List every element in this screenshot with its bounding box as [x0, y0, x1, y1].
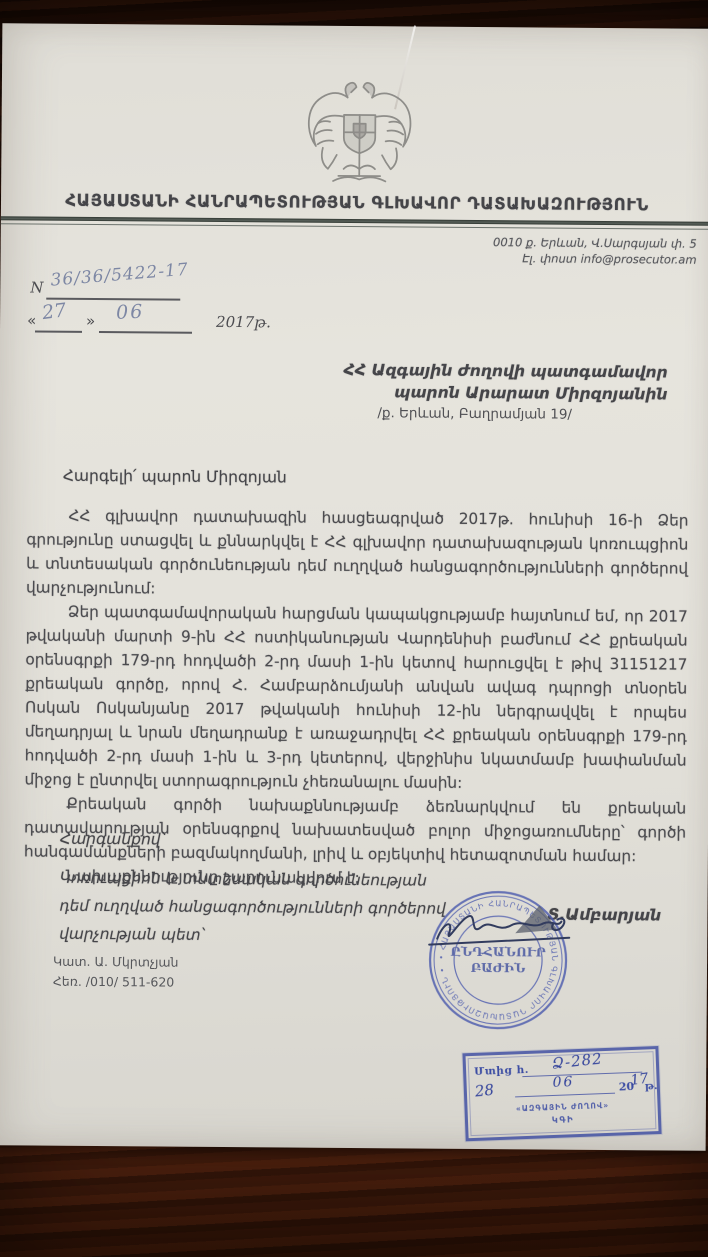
addressee-address: /ք. Երևան, Բաղրամյան 19/: [331, 403, 667, 426]
signer-title-block: Կոռուպցիոն և տնտեսական գործունեության դե…: [59, 864, 446, 951]
date-month-handwritten: 06: [116, 301, 145, 324]
signature-scribble: [419, 893, 600, 964]
signer-title-line-1: Կոռուպցիոն և տնտեսական գործունեության: [60, 864, 447, 895]
reference-number-label: N: [30, 278, 43, 296]
entry-month-handwritten: 06: [552, 1074, 574, 1091]
date-quote-close: »: [86, 312, 95, 330]
date-day-handwritten: 27: [41, 299, 68, 324]
letterhead-address: 0010 ք. Երևան, Վ.Սարգսյան փ. 5 Էլ. փոստ …: [493, 234, 697, 268]
paragraph-1: ՀՀ գլխավոր դատախազին հասցեագրված 2017թ. …: [26, 503, 689, 604]
executor-phone: Հեռ. /010/ 511-620: [53, 972, 179, 993]
entry-year-suffix: թ.: [645, 1081, 658, 1092]
addressee-title: ՀՀ Ազգային ժողովի պատգամավոր: [332, 359, 668, 384]
date-year: 2017թ.: [216, 313, 271, 331]
date-month-line: [99, 311, 192, 334]
signer-title-line-3: վարչության պետ՝: [59, 920, 446, 951]
address-line-2: Էլ. փոստ info@prosecutor.am: [493, 250, 697, 268]
addressee-name: պարոն Արարատ Միրզոյանին: [331, 381, 667, 406]
salutation: Հարգելի՛ պարոն Միրզոյան: [63, 467, 287, 487]
closing-regards: Հարգանքով՝: [60, 830, 164, 849]
letterhead-title: ՀԱՅԱՍՏԱՆԻ ՀԱՆՐԱՊԵՏՈՒԹՅԱՆ ԳԼԽԱՎՈՐ ԴԱՏԱԽԱԶ…: [1, 190, 708, 215]
signer-title-line-2: դեմ ուղղված հանցագործությունների գործերո…: [59, 892, 446, 923]
incoming-registration-stamp: Մտից հ. Ձ-282 28 06 20 17 թ. «ԱԶԳԱՅԻՆ ԺՈ…: [462, 1046, 661, 1141]
addressee-block: ՀՀ Ազգային ժողովի պատգամավոր պարոն Արարա…: [331, 359, 667, 426]
entry-day-handwritten: 28: [474, 1081, 495, 1101]
wood-table-background: ՀԱՅԱՍՏԱՆԻ ՀԱՆՐԱՊԵՏՈՒԹՅԱՆ ԳԼԽԱՎՈՐ ԴԱՏԱԽԱԶ…: [0, 0, 708, 1257]
entry-number-label: Մտից հ.: [474, 1064, 529, 1078]
paragraph-2: Ձեր պատգամավորական հարցման կապակցությամբ…: [24, 599, 687, 796]
address-line-1: 0010 ք. Երևան, Վ.Սարգսյան փ. 5: [493, 234, 697, 252]
executor-block: Կատ. Ա. Մկրտչյան Հեռ. /010/ 511-620: [53, 952, 179, 993]
executor-name: Կատ. Ա. Մկրտչյան: [53, 952, 179, 973]
letter-document: ՀԱՅԱՍՏԱՆԻ ՀԱՆՐԱՊԵՏՈՒԹՅԱՆ ԳԼԽԱՎՈՐ ԴԱՏԱԽԱԶ…: [0, 23, 708, 1151]
armenia-coat-of-arms-icon: [298, 76, 421, 195]
